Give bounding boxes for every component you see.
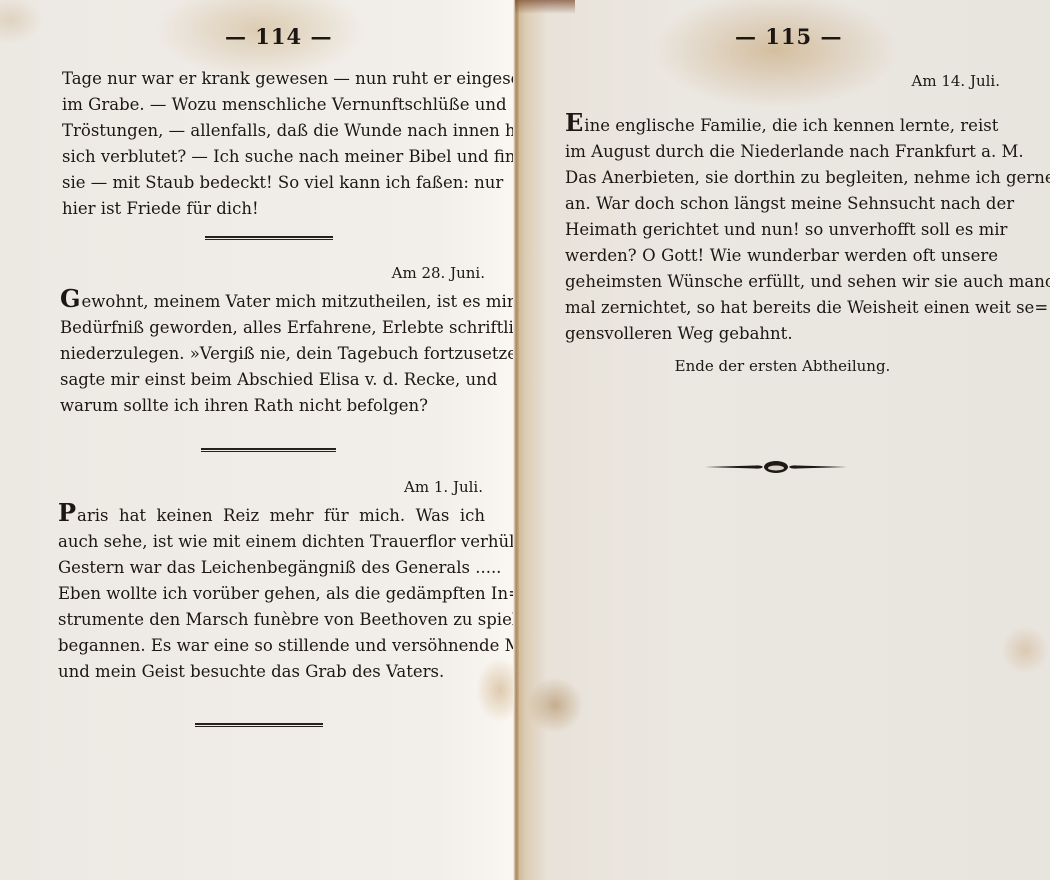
left-page: — 114 — Tage nur war er krank gewesen — …	[0, 0, 515, 880]
section-end-label: Ende der ersten Abtheilung.	[515, 357, 1050, 375]
entry-date: Am 14. Juli.	[912, 72, 1000, 90]
drop-cap: E	[565, 108, 583, 137]
book-spread: — 114 — Tage nur war er krank gewesen — …	[0, 0, 1050, 880]
page-number-left: — 114 —	[225, 24, 332, 49]
text-line: ine englische Familie, die ich kennen le…	[584, 116, 998, 135]
entry-date: Am 28. Juni.	[392, 264, 485, 282]
text-line: auch sehe, ist wie mit einem dichten Tra…	[58, 529, 485, 555]
text-line: geheimsten Wünsche erfüllt, und sehen wi…	[565, 269, 998, 295]
text-line: Eben wollte ich vorüber gehen, als die g…	[58, 581, 485, 607]
book-gutter	[513, 0, 519, 880]
diary-entry-july-14: Eine englische Familie, die ich kennen l…	[565, 110, 998, 347]
text-line: hier ist Friede für dich!	[62, 196, 485, 222]
text-line: an. War doch schon längst meine Sehnsuch…	[565, 191, 998, 217]
text-line: gensvolleren Weg gebahnt.	[565, 321, 998, 347]
text-line: im August durch die Niederlande nach Fra…	[565, 139, 998, 165]
text-line: und mein Geist besuchte das Grab des Vat…	[58, 659, 485, 685]
text-line: Tröstungen, — allenfalls, daß die Wunde …	[62, 118, 485, 144]
diary-entry-june-28: Gewohnt, meinem Vater mich mitzutheilen,…	[60, 286, 485, 419]
right-page: — 115 — Am 14. Juli. Eine englische Fami…	[515, 0, 1050, 880]
page-number-right: — 115 —	[735, 24, 842, 49]
text-line: Heimath gerichtet und nun! so unverhofft…	[565, 217, 998, 243]
entry-date: Am 1. Juli.	[404, 478, 483, 496]
drop-cap: G	[60, 284, 81, 313]
text-line: Gestern war das Leichenbegängniß des Gen…	[58, 555, 485, 581]
diary-entry-july-1: Paris hat keinen Reiz mehr für mich. Was…	[58, 500, 485, 685]
section-divider-rule	[201, 448, 336, 452]
text-line: aris hat keinen Reiz mehr für mich. Was …	[77, 506, 485, 525]
text-line: im Grabe. — Wozu menschliche Vernunftsch…	[62, 92, 485, 118]
text-line: sagte mir einst beim Abschied Elisa v. d…	[60, 367, 485, 393]
text-line: sie — mit Staub bedeckt! So viel kann ic…	[62, 170, 485, 196]
tailpiece-ornament-icon	[703, 457, 849, 477]
section-divider-rule	[205, 236, 333, 240]
text-line: warum sollte ich ihren Rath nicht befolg…	[60, 393, 485, 419]
drop-cap: P	[58, 498, 76, 527]
text-line: niederzulegen. »Vergiß nie, dein Tagebuc…	[60, 341, 485, 367]
text-line: ewohnt, meinem Vater mich mitzutheilen, …	[82, 292, 515, 311]
text-line: werden? O Gott! Wie wunderbar werden oft…	[565, 243, 998, 269]
text-line: mal zernichtet, so hat bereits die Weish…	[565, 295, 998, 321]
text-line: strumente den Marsch funèbre von Beethov…	[58, 607, 485, 633]
section-divider-rule	[195, 723, 323, 727]
text-line: Tage nur war er krank gewesen — nun ruht…	[62, 66, 485, 92]
text-line: begannen. Es war eine so stillende und v…	[58, 633, 485, 659]
text-line: sich verblutet? — Ich suche nach meiner …	[62, 144, 485, 170]
text-line: Bedürfniß geworden, alles Erfahrene, Erl…	[60, 315, 485, 341]
text-line: Das Anerbieten, sie dorthin zu begleiten…	[565, 165, 998, 191]
continuation-paragraph: Tage nur war er krank gewesen — nun ruht…	[62, 66, 485, 222]
foxing-stain	[515, 0, 575, 14]
